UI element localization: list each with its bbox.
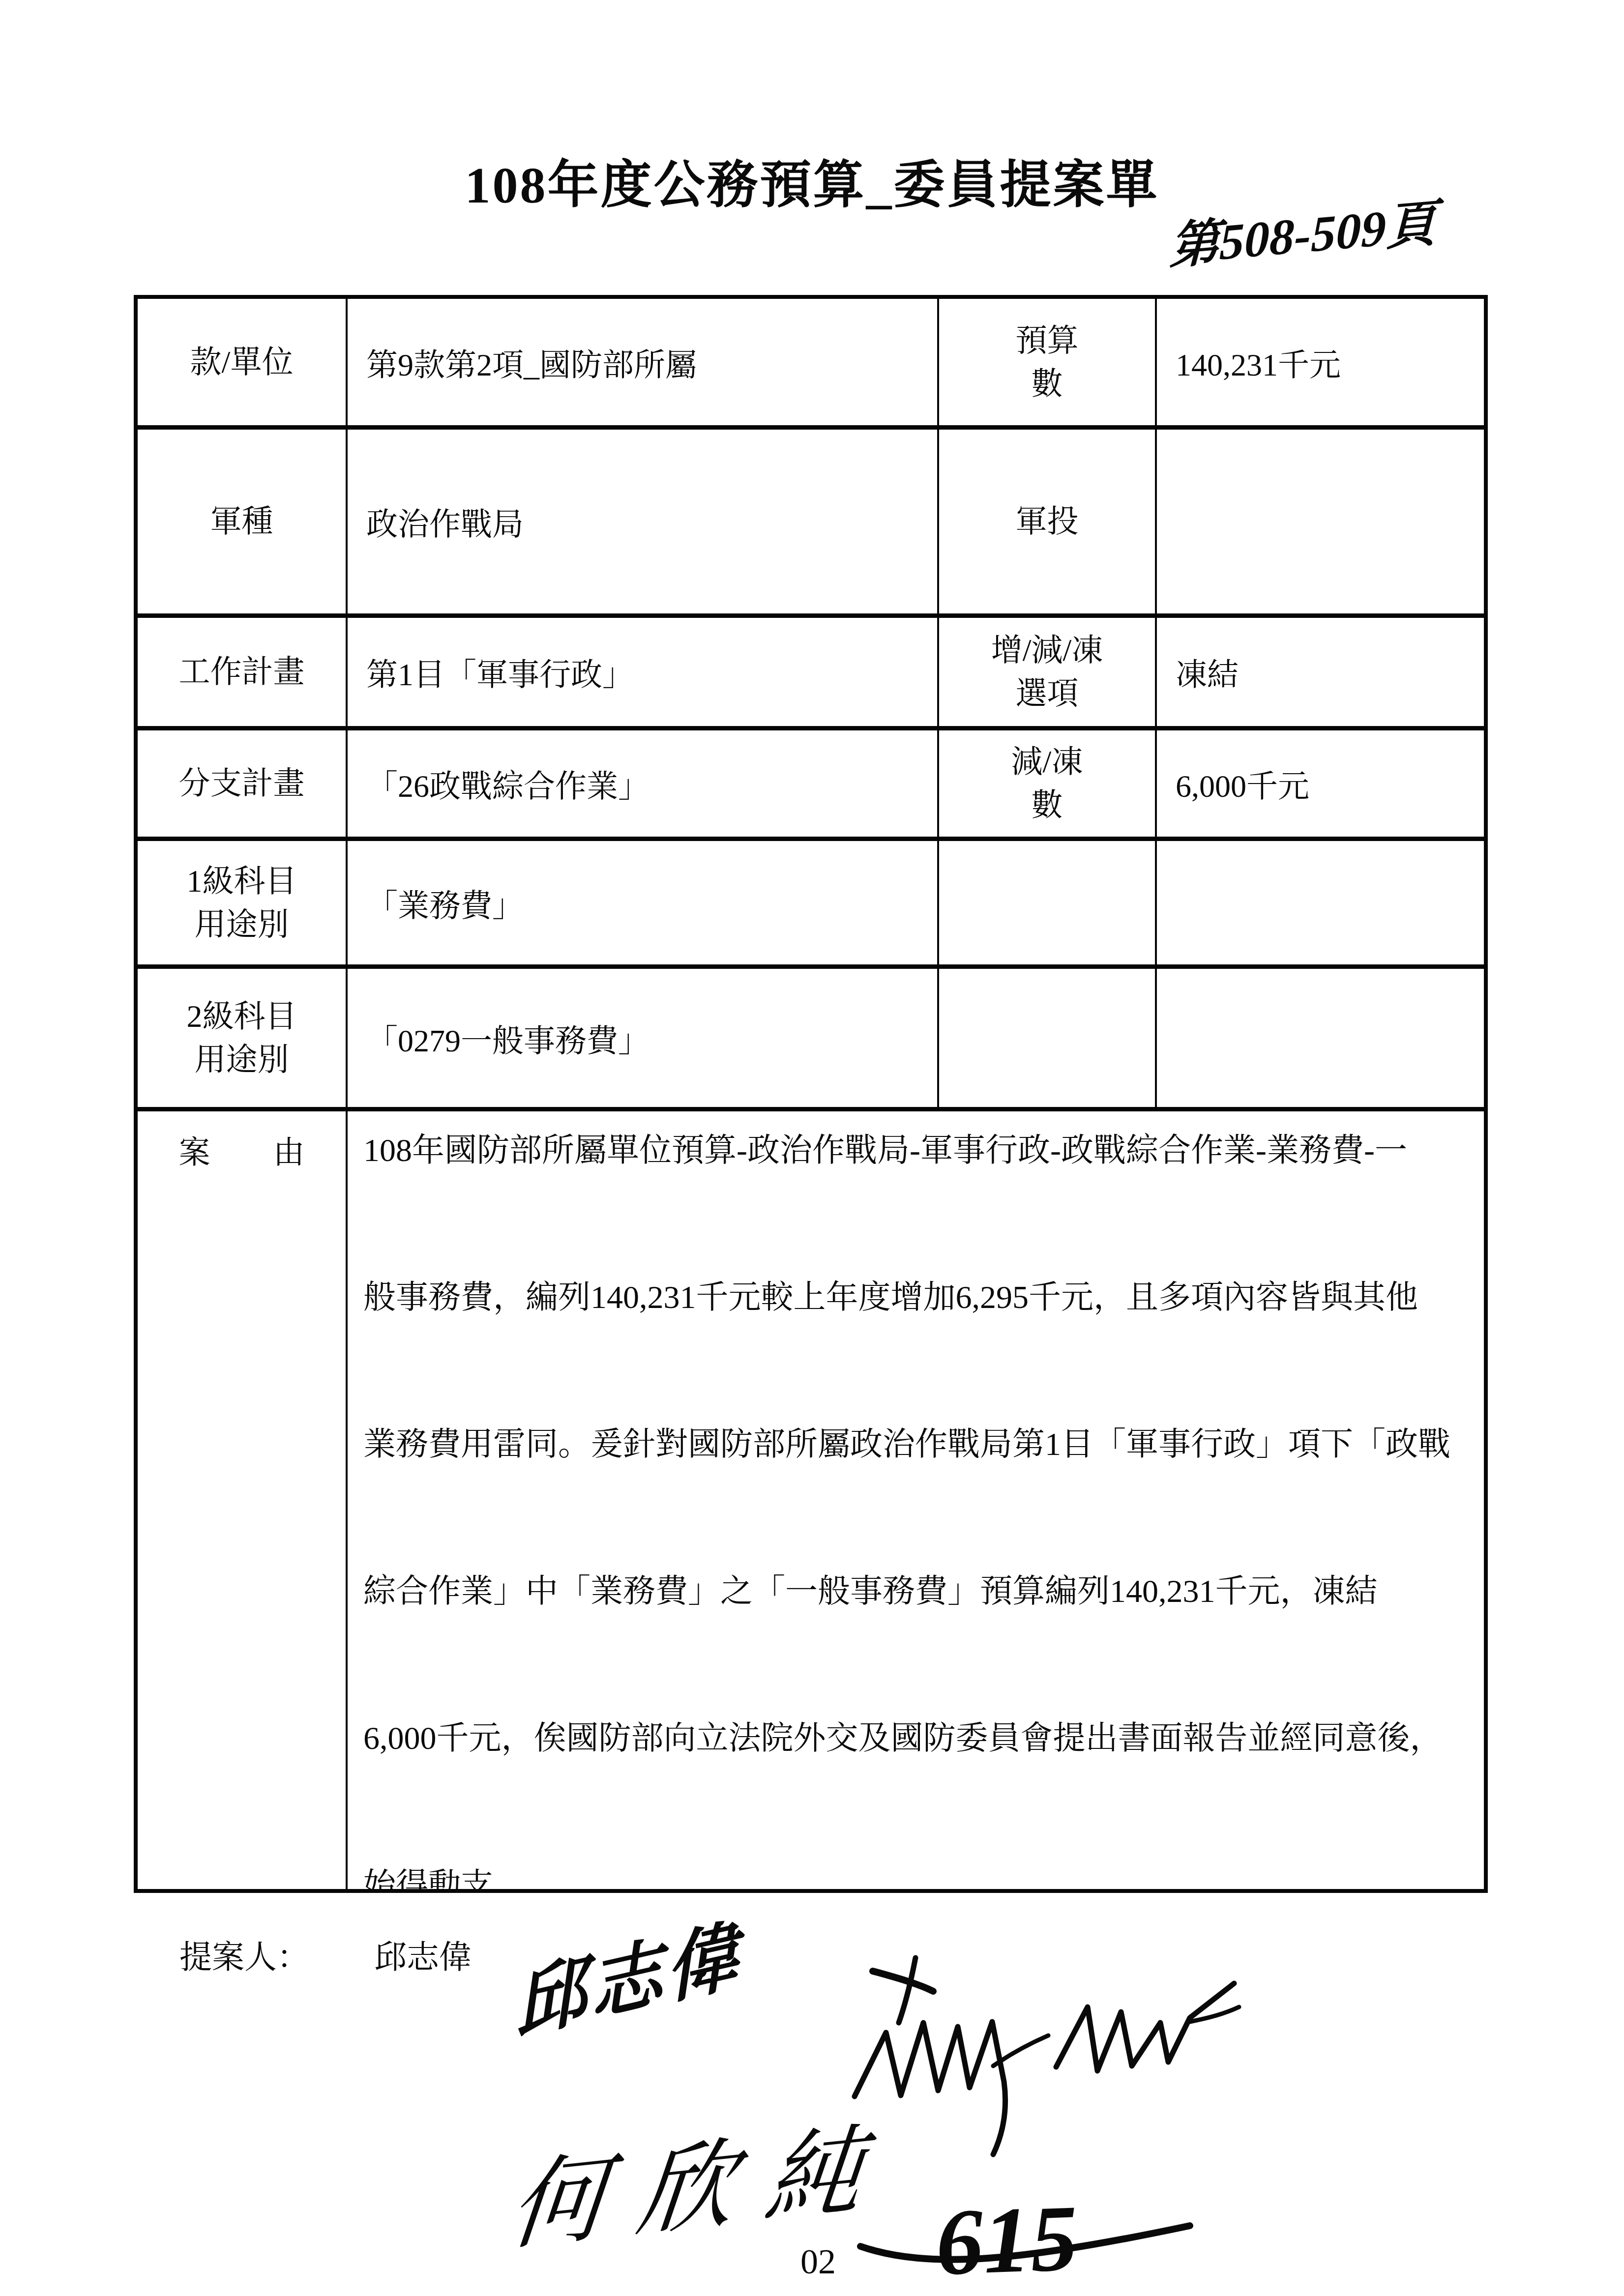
row1-value2: 140,231千元: [1157, 299, 1484, 430]
case-line-5: 6,000千元，俟國防部向立法院外交及國防委員會提出書面報告並經同意後，: [363, 1665, 1484, 1812]
row3-value: 第1目「軍事行政」: [348, 618, 939, 730]
proposer-row: 提案人：邱志偉: [179, 1931, 472, 1977]
row4-label2: 減/凍 數: [939, 730, 1157, 841]
signature-he-xinchun: 何欣純: [504, 2088, 903, 2269]
handwritten-number-615: 615: [934, 2183, 1080, 2296]
case-line-1: 108年國防部所屬單位預算-政治作戰局-軍事行政-政戰綜合作業-業務費-一: [363, 1111, 1484, 1224]
case-reason-cell: 108年國防部所屬單位預算-政治作戰局-軍事行政-政戰綜合作業-業務費-一 般事…: [348, 1111, 1484, 1889]
row6-label2: [939, 969, 1157, 1111]
row4-value2: 6,000千元: [1157, 730, 1484, 841]
cosigner-signature-scribble: [846, 1949, 1249, 2160]
row6-label: 2級科目 用途別: [138, 969, 348, 1111]
row4-label: 分支計畫: [138, 730, 348, 841]
row3-label: 工作計畫: [138, 618, 348, 730]
proposer-label: 提案人：: [179, 1940, 309, 1976]
case-label: 案 由: [138, 1111, 348, 1889]
row1-value: 第9款第2項_國防部所屬: [348, 299, 939, 430]
row5-label2: [939, 841, 1157, 969]
row5-value2: [1157, 841, 1484, 969]
row2-value2: [1157, 430, 1484, 618]
case-reason-text: 108年國防部所屬單位預算-政治作戰局-軍事行政-政戰綜合作業-業務費-一 般事…: [363, 1111, 1484, 1889]
row3-label2: 增/減/凍 選項: [939, 618, 1157, 730]
proposal-table: 款/單位 第9款第2項_國防部所屬 預算 數 140,231千元 軍種 政治作戰…: [134, 295, 1488, 1893]
case-line-6: 始得動支。: [363, 1812, 1484, 1889]
row4-value: 「26政戰綜合作業」: [348, 730, 939, 841]
scanned-proposal-form: 108年度公務預算_委員提案單 第508-509頁 款/單位 第9款第2項_國防…: [0, 0, 1624, 2296]
row3-value2: 凍結: [1157, 618, 1484, 730]
row5-value: 「業務費」: [348, 841, 939, 969]
row1-label: 款/單位: [138, 299, 348, 430]
proposer-name: 邱志偉: [374, 1940, 472, 1976]
row6-value: 「0279一般事務費」: [348, 969, 939, 1111]
row1-label2: 預算 數: [939, 299, 1157, 430]
row2-value: 政治作戰局: [348, 430, 939, 618]
row5-label: 1級科目 用途別: [138, 841, 348, 969]
case-line-2: 般事務費，編列140,231千元較上年度增加6,295千元，且多項內容皆與其他: [363, 1224, 1484, 1371]
signature-qiu-zhiwei: 邱志偉: [509, 1894, 745, 2053]
row2-label: 軍種: [138, 430, 348, 618]
row2-label2: 軍投: [939, 430, 1157, 618]
case-line-4: 綜合作業」中「業務費」之「一般事務費」預算編列140,231千元，凍結: [363, 1518, 1484, 1665]
case-line-3: 業務費用雷同。爰針對國防部所屬政治作戰局第1目「軍事行政」項下「政戰: [363, 1371, 1484, 1518]
page-number: 02: [800, 2241, 836, 2282]
row6-value2: [1157, 969, 1484, 1111]
